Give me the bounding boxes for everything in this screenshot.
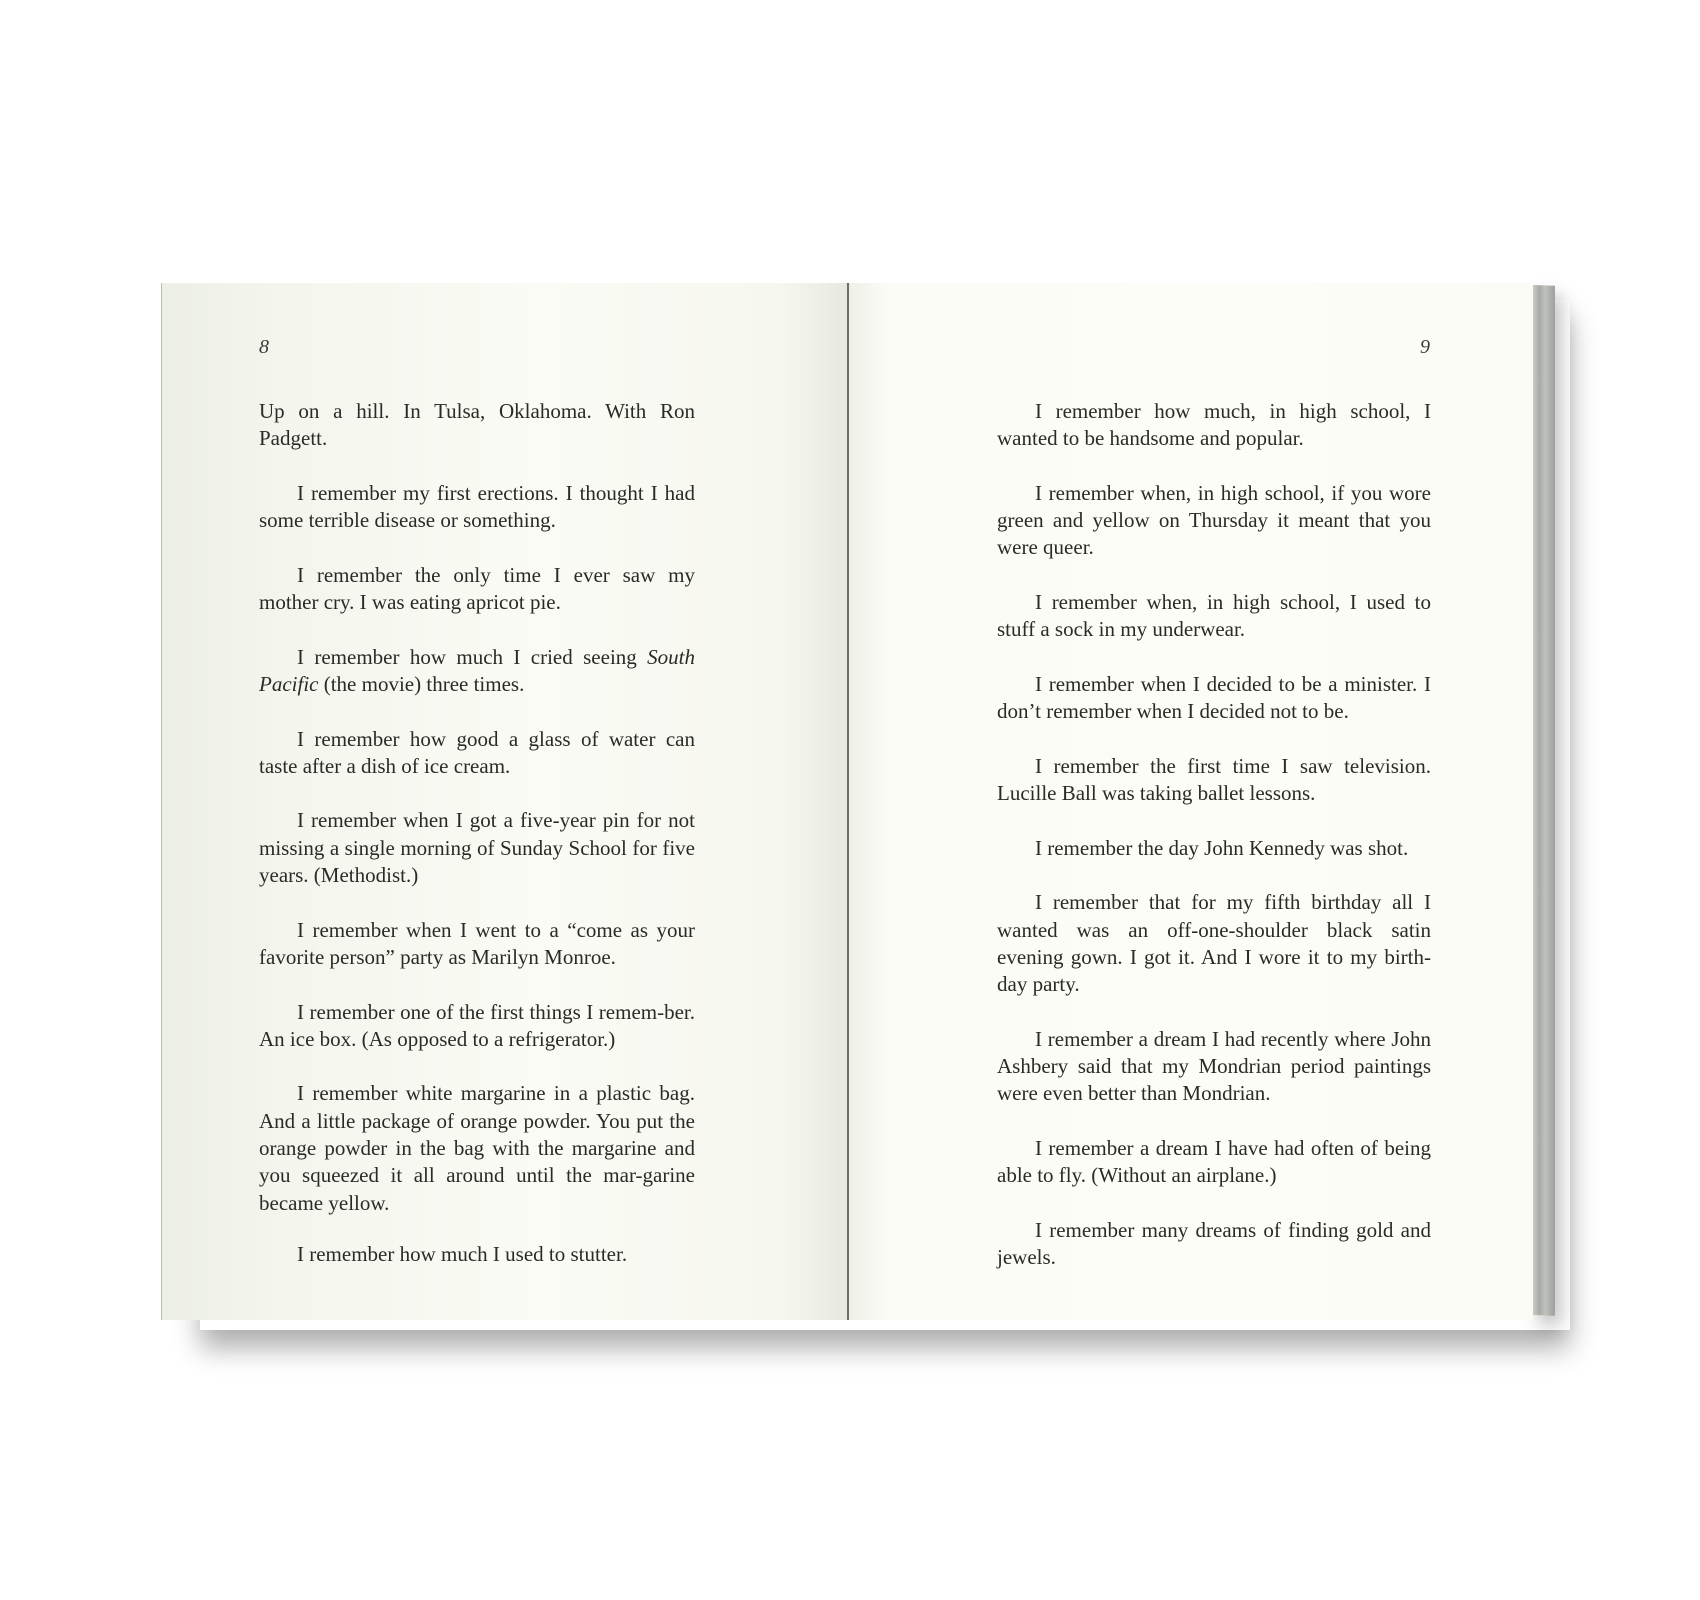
page-number-left: 8 xyxy=(259,336,269,359)
paragraph: I remember when, in high school, if you … xyxy=(997,480,1431,562)
paragraph: I remember many dreams of finding gold a… xyxy=(997,1217,1431,1272)
page-number-right: 9 xyxy=(1420,336,1430,359)
paragraph: I remember when I got a five-year pin fo… xyxy=(259,807,695,889)
right-page: 9 I remember how much, in high school, I… xyxy=(849,283,1533,1320)
left-page-text: Up on a hill. In Tulsa, Oklahoma. With R… xyxy=(259,398,695,1296)
page-stack-edge xyxy=(1533,285,1555,1316)
left-page: 8 Up on a hill. In Tulsa, Oklahoma. With… xyxy=(161,283,849,1320)
paragraph: I remember when I decided to be a minist… xyxy=(997,671,1431,726)
paragraph: I remember my first erections. I thought… xyxy=(259,480,695,535)
paragraph-text: (the movie) three times. xyxy=(318,672,524,696)
paragraph-text: I remember how much I cried seeing xyxy=(297,645,647,669)
paragraph: I remember when I went to a “come as you… xyxy=(259,917,695,972)
paragraph: I remember the first time I saw televisi… xyxy=(997,753,1431,808)
paragraph: I remember one of the first things I rem… xyxy=(259,999,695,1054)
paragraph: I remember how much I cried seeing South… xyxy=(259,644,695,699)
paragraph: I remember the only time I ever saw my m… xyxy=(259,562,695,617)
paragraph: I remember a dream I had recently where … xyxy=(997,1026,1431,1108)
paragraph: I remember when, in high school, I used … xyxy=(997,589,1431,644)
paragraph: I remember how good a glass of water can… xyxy=(259,726,695,781)
paragraph: I remember a dream I have had often of b… xyxy=(997,1135,1431,1190)
paragraph: I remember how much, in high school, I w… xyxy=(997,398,1431,453)
paragraph: I remember how much I used to stutter. xyxy=(259,1241,695,1268)
paragraph: I remember white margarine in a plastic … xyxy=(259,1080,695,1216)
book-spine xyxy=(847,283,849,1320)
paragraph: I remember the day John Kennedy was shot… xyxy=(997,835,1431,862)
right-page-text: I remember how much, in high school, I w… xyxy=(997,398,1431,1299)
paragraph: Up on a hill. In Tulsa, Oklahoma. With R… xyxy=(259,398,695,453)
paragraph: I remember that for my fifth birthday al… xyxy=(997,889,1431,998)
